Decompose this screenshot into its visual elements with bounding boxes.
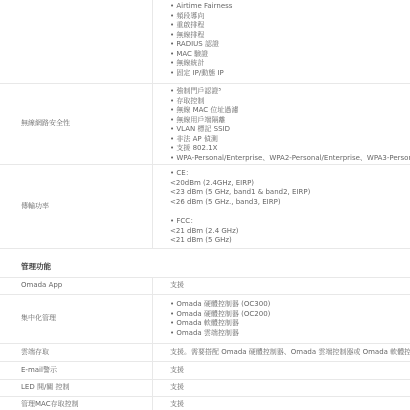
spec-row-label: 管理MAC存取控制 [0,397,153,410]
spec-row: 雲端存取支援。需要搭配 Omada 硬體控制器、Omada 雲端控制器或 Oma… [0,344,410,362]
spec-row: Omada App支援 [0,278,410,295]
spec-line: 支援 [170,400,184,410]
spec-line-bullet: • 存取控制 [170,97,410,107]
spec-row-value: • 強制門戶認證⁵• 存取控制• 無線 MAC 位址過濾• 無線用戶端隔離• V… [153,84,410,164]
spec-line-bullet: • VLAN 標記 SSID [170,125,410,135]
section-header-management: 管理功能 [0,249,410,278]
spec-line-bullet: • RADIUS 認證 [170,40,410,50]
spec-line-bullet: • 頻段導向 [170,12,410,22]
spec-row-label: 集中化管理 [0,295,153,343]
spec-line-bullet: • 無線統計 [170,59,410,69]
spec-line-bullet: • Omada 硬體控制器 (OC300) [170,300,410,310]
spec-row: 無線網路安全性• 強制門戶認證⁵• 存取控制• 無線 MAC 位址過濾• 無線用… [0,84,410,165]
spec-page: • Airtime Fairness• 頻段導向• 重啟排程• 無線排程• RA… [0,0,410,410]
spec-row-value: 支援 [153,397,410,410]
spec-line-bullet: • 重啟排程 [170,21,410,31]
spec-line [170,207,410,217]
spec-line: 支援 [170,383,184,393]
spec-row-value: 支援 [153,380,410,396]
spec-line-bullet: • 無線 MAC 位址過濾 [170,106,410,116]
spec-row: 管理MAC存取控制支援 [0,397,410,410]
spec-row: • Airtime Fairness• 頻段導向• 重啟排程• 無線排程• RA… [0,0,410,84]
spec-row-value: • Airtime Fairness• 頻段導向• 重啟排程• 無線排程• RA… [153,0,410,83]
spec-line-bullet: • 支援 802.1X [170,144,410,154]
spec-row-value: • Omada 硬體控制器 (OC300)• Omada 硬體控制器 (OC20… [153,295,410,343]
spec-row-value: • CE：<20dBm (2.4GHz, EIRP)<23 dBm (5 GHz… [153,165,410,248]
spec-row: LED 開/關 控制支援 [0,380,410,397]
spec-line-bullet: • MAC 驗證 [170,50,410,60]
spec-section-management: Omada App支援集中化管理• Omada 硬體控制器 (OC300)• O… [0,278,410,410]
spec-line: 支援。需要搭配 Omada 硬體控制器、Omada 雲端控制器或 Omada 軟… [170,348,410,358]
spec-line-bullet: • 固定 IP/動態 IP [170,69,410,79]
spec-line: <26 dBm (5 GHz., band3, EIRP) [170,198,410,208]
spec-line: <20dBm (2.4GHz, EIRP) [170,179,410,189]
spec-row-value: 支援 [153,362,410,379]
spec-line-bullet: • 非法 AP 偵測 [170,135,410,145]
spec-section-wireless: • Airtime Fairness• 頻段導向• 重啟排程• 無線排程• RA… [0,0,410,249]
spec-row: 傳輸功率• CE：<20dBm (2.4GHz, EIRP)<23 dBm (5… [0,165,410,249]
spec-row: E-mail警示支援 [0,362,410,380]
spec-line: 支援 [170,366,184,376]
spec-line-bullet: • 無線排程 [170,31,410,41]
spec-row-label: Omada App [0,278,153,294]
spec-row-label: 無線網路安全性 [0,84,153,164]
spec-line-bullet: • Omada 硬體控制器 (OC200) [170,310,410,320]
spec-row-label: 雲端存取 [0,344,153,361]
spec-line: <21 dBm (5 GHz) [170,236,410,246]
spec-row-label: E-mail警示 [0,362,153,379]
spec-line: 支援 [170,281,184,291]
spec-line: <21 dBm (2.4 GHz) [170,227,410,237]
spec-line: <23 dBm (5 GHz, band1 & band2, EIRP) [170,188,410,198]
spec-row-value: 支援。需要搭配 Omada 硬體控制器、Omada 雲端控制器或 Omada 軟… [153,344,410,361]
spec-row-value: 支援 [153,278,410,294]
spec-line-bullet: • Omada 軟體控制器 [170,319,410,329]
spec-table: • Airtime Fairness• 頻段導向• 重啟排程• 無線排程• RA… [0,0,410,410]
spec-row-label [0,0,153,83]
spec-line-bullet: • CE： [170,169,410,179]
spec-row-label: 傳輸功率 [0,165,153,248]
spec-line-bullet: • Omada 雲端控制器 [170,329,410,339]
spec-row: 集中化管理• Omada 硬體控制器 (OC300)• Omada 硬體控制器 … [0,295,410,344]
spec-line-bullet: • Airtime Fairness [170,2,410,12]
spec-line-bullet: • WPA-Personal/Enterprise、WPA2-Personal/… [170,154,410,164]
spec-line-bullet: • FCC： [170,217,410,227]
spec-line-bullet: • 強制門戶認證⁵ [170,87,410,97]
spec-row-label: LED 開/關 控制 [0,380,153,396]
spec-line-bullet: • 無線用戶端隔離 [170,116,410,126]
